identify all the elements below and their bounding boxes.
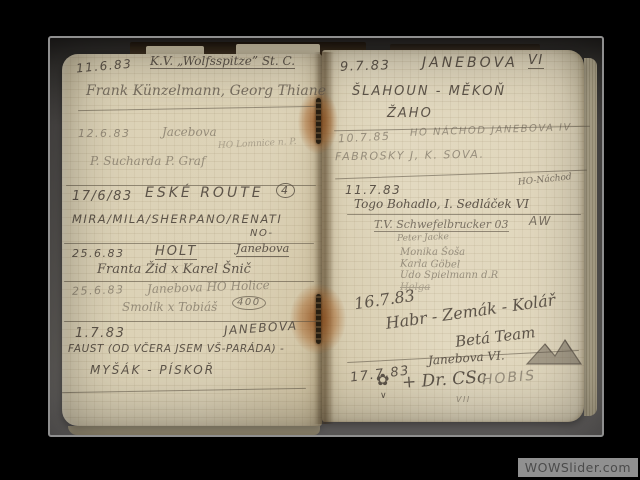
- entry-date: 11.7.83: [345, 184, 401, 196]
- climber-names: P. Sucharda P. Graf: [90, 155, 205, 167]
- entry-date: 1.7.83: [75, 327, 125, 340]
- flower-sketch-icon: ✿: [376, 372, 389, 388]
- height-badge: 400: [232, 296, 266, 310]
- team-names: MIRA/MILA/SHERPANO/RENATI: [72, 214, 282, 226]
- route-title: HOLT: [155, 245, 197, 260]
- climber-names: FABROSKY J, K. SOVA.: [335, 149, 485, 163]
- signature: Karla Göbel: [400, 259, 460, 270]
- grade-small: VII: [456, 396, 471, 404]
- arrow-sketch-icon: ∨: [380, 392, 387, 401]
- route-note: FAUST (OD VČERA JSEM VŠ-PARÁDA) -: [68, 344, 284, 355]
- climber-names: ŠLAHOUN - MĚKOŇ: [352, 85, 506, 98]
- climber-names: ŽAHO: [387, 107, 433, 120]
- entry-date: 12.6.83: [78, 128, 131, 139]
- signature: Udo Spielmann d.R: [400, 271, 498, 281]
- route-title: JANEBOVA: [422, 56, 518, 70]
- team-names-cont: NO-: [250, 229, 273, 239]
- slider-viewport: 11.6.83 K.V. „Wolfsspitze” St. C. Frank …: [0, 0, 640, 480]
- climber-names: MYŠÁK - PÍSKOŘ: [90, 364, 215, 376]
- entry-date: 9.7.83: [340, 59, 391, 74]
- climber-names: Smolík x Tobiáš: [122, 301, 217, 313]
- wowslider-watermark-link[interactable]: WOWSlider.com: [518, 458, 638, 477]
- page-stack-edge: [68, 426, 320, 435]
- page-stack-edge: [584, 58, 597, 416]
- club-entry: T.V. Schwefelbrucker 03: [374, 219, 509, 232]
- grade-mark: VI: [528, 54, 544, 69]
- notebook-photo: 11.6.83 K.V. „Wolfsspitze” St. C. Frank …: [48, 36, 604, 437]
- entry-date: 10.7.85: [338, 131, 391, 145]
- notebook-right-page: [322, 50, 584, 422]
- mountains-sketch-icon: [525, 336, 583, 366]
- route-title: K.V. „Wolfsspitze” St. C.: [150, 55, 295, 69]
- climber-names: Franta Žid x Karel Šnič: [97, 263, 251, 276]
- area-name: Janebova: [236, 243, 289, 257]
- signature: Monika Šoša: [400, 248, 465, 258]
- climber-names: Togo Bohadlo, I. Sedláček VI: [354, 198, 529, 210]
- route-title: ESKÉ ROUTE: [145, 186, 264, 200]
- entry-date: 25.6.83: [72, 248, 125, 259]
- entry-date: 17/6/83: [72, 190, 133, 203]
- entry-date: 25.6.83: [72, 284, 125, 297]
- binding-stitch: [316, 98, 321, 144]
- route-title: Jacebova: [162, 126, 217, 138]
- grade-mark: AW: [529, 215, 552, 227]
- grade-badge: 4: [276, 183, 295, 198]
- binding-stitch: [316, 294, 321, 344]
- climber-names: Frank Künzelmann, Georg Thiane: [86, 84, 326, 98]
- signature: Peter Jacke: [397, 233, 449, 244]
